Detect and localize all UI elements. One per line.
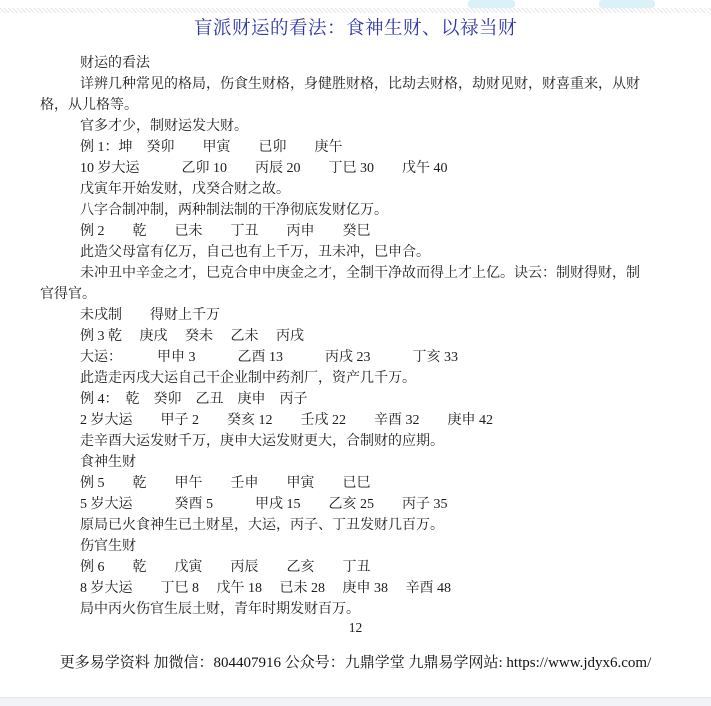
text-line: 例 6 乾 戊寅 丙辰 乙亥 丁丑 (40, 557, 675, 578)
text-line: 大运： 甲申 3 乙酉 13 丙戌 23 丁亥 33 (40, 347, 675, 368)
text-line: 戊寅年开始发财，戊癸合财之故。 (40, 179, 675, 200)
footer-contact-line: 更多易学资料 加微信：804407916 公众号：九鼎学堂 九鼎易学网站: ht… (0, 651, 711, 672)
text-line: 详辨几种常见的格局，伤食生财格，身健胜财格，比劫去财格，劫财见财，财喜重来，从财 (40, 74, 675, 95)
page-number: 12 (0, 620, 711, 636)
text-line: 8 岁大运 丁巳 8 戊午 18 已未 28 庚申 38 辛酉 48 (40, 578, 675, 599)
text-line: 2 岁大运 甲子 2 癸亥 12 壬戌 22 辛酉 32 庚申 42 (40, 410, 675, 431)
text-line: 伤官生财 (40, 536, 675, 557)
text-line: 局中丙火伤官生辰土财，青年时期发财百万。 (40, 599, 675, 620)
top-tab-remnant-left (468, 0, 515, 8)
text-line: 官多才少，制财运发大财。 (40, 116, 675, 137)
text-line: 此造走丙戌大运自己干企业制中药剂厂，资产几千万。 (40, 368, 675, 389)
text-line: 未戌制 得财上千万 (40, 305, 675, 326)
bottom-edge-bar (0, 697, 711, 706)
text-line: 原局已火食神生已土财星，大运，丙子、丁丑发财几百万。 (40, 515, 675, 536)
text-line: 例 3 乾 庚戌 癸未 乙未 丙戌 (40, 326, 675, 347)
text-line: 走辛酉大运发财千万，庚申大运发财更大，合制财的应期。 (40, 431, 675, 452)
text-line: 10 岁大运 乙卯 10 丙辰 20 丁巳 30 戊午 40 (40, 158, 675, 179)
text-line: 格，从儿格等。 (40, 95, 675, 116)
document-body: 财运的看法详辨几种常见的格局，伤食生财格，身健胜财格，比劫去财格，劫财见财，财喜… (40, 53, 675, 620)
text-line: 例 1：坤 癸卯 甲寅 已卯 庚午 (40, 137, 675, 158)
top-tab-remnant-right (599, 0, 655, 8)
text-line: 5 岁大运 癸酉 5 甲戌 15 乙亥 25 丙子 35 (40, 494, 675, 515)
page-title: 盲派财运的看法：食神生财、以禄当财 (0, 14, 711, 40)
dotted-divider-strip (0, 8, 711, 13)
text-line: 食神生财 (40, 452, 675, 473)
text-line: 此造父母富有亿万，自己也有上千万，丑未冲，巳申合。 (40, 242, 675, 263)
text-line: 财运的看法 (40, 53, 675, 74)
text-line: 八字合制冲制，两种制法制的干净彻底发财亿万。 (40, 200, 675, 221)
text-line: 例 5 乾 甲午 壬申 甲寅 已巳 (40, 473, 675, 494)
text-line: 未冲丑中辛金之才，巳克合申中庚金之才，全制干净故而得上才上亿。诀云：制财得财，制 (40, 263, 675, 284)
text-line: 例 2 乾 已未 丁丑 丙申 癸巳 (40, 221, 675, 242)
text-line: 例 4： 乾 癸卯 乙丑 庚申 丙子 (40, 389, 675, 410)
text-line: 官得官。 (40, 284, 675, 305)
